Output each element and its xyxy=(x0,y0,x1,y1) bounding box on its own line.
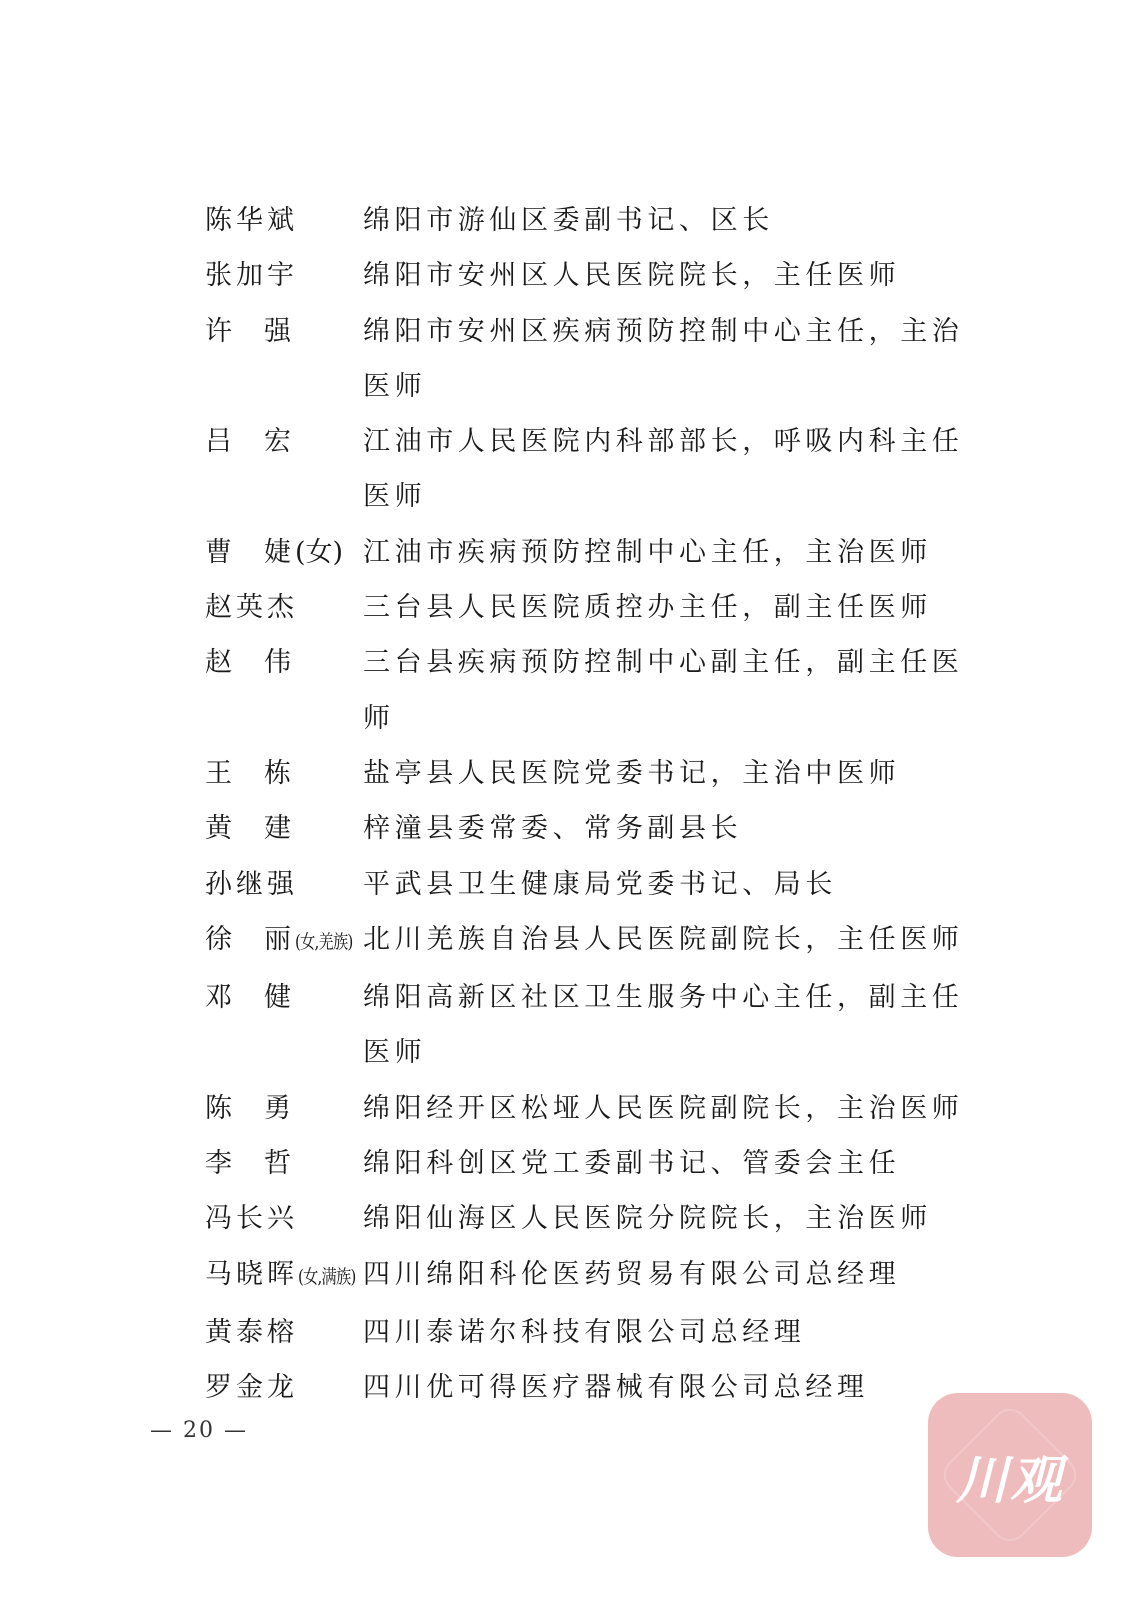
member-role: 盐亭县人民医院党委书记，主治中医师 xyxy=(363,746,975,801)
member-role: 绵阳市安州区疾病预防控制中心主任，主治医师 xyxy=(363,304,975,415)
name-text: 赵英杰 xyxy=(205,592,298,623)
roster-entry: 赵英杰 三台县人民医院质控办主任，副主任医师 xyxy=(205,580,975,635)
name-text: 马晓晖 xyxy=(205,1259,298,1290)
name-text: 许强 xyxy=(205,304,295,359)
roster-entry: 黄泰榕 四川泰诺尔科技有限公司总经理 xyxy=(205,1305,975,1360)
member-role: 绵阳经开区松垭人民医院副院长，主治医师 xyxy=(363,1081,975,1136)
member-name: 黄建 xyxy=(205,801,363,856)
name-text: 邓健 xyxy=(205,970,295,1025)
roster-entry: 赵伟 三台县疾病预防控制中心副主任，副主任医师 xyxy=(205,635,975,746)
member-role: 三台县人民医院质控办主任，副主任医师 xyxy=(363,580,975,635)
roster-entry: 王栋 盐亭县人民医院党委书记，主治中医师 xyxy=(205,746,975,801)
roster-entry: 徐丽(女,羌族) 北川羌族自治县人民医院副院长，主任医师 xyxy=(205,912,975,970)
name-text: 曹婕 xyxy=(205,525,295,580)
name-text: 孙继强 xyxy=(205,869,298,900)
roster-entry: 吕宏 江油市人民医院内科部部长，呼吸内科主任医师 xyxy=(205,414,975,525)
roster-entry: 孙继强 平武县卫生健康局党委书记、局长 xyxy=(205,857,975,912)
name-text: 黄建 xyxy=(205,801,295,856)
member-role: 绵阳科创区党工委副书记、管委会主任 xyxy=(363,1136,975,1191)
member-role: 绵阳市安州区人民医院院长，主任医师 xyxy=(363,248,975,303)
roster-entry: 冯长兴 绵阳仙海区人民医院分院院长，主治医师 xyxy=(205,1191,975,1246)
member-name: 赵伟 xyxy=(205,635,363,690)
roster-entry: 黄建 梓潼县委常委、常务副县长 xyxy=(205,801,975,856)
member-role: 绵阳市游仙区委副书记、区长 xyxy=(363,193,975,248)
name-note: (女,满族) xyxy=(298,1250,356,1305)
roster-entry: 陈华斌 绵阳市游仙区委副书记、区长 xyxy=(205,193,975,248)
member-role: 绵阳仙海区人民医院分院院长，主治医师 xyxy=(363,1191,975,1246)
name-note: (女,羌族) xyxy=(295,915,353,970)
member-name: 马晓晖(女,满族) xyxy=(205,1247,363,1305)
name-text: 吕宏 xyxy=(205,414,295,469)
member-name: 黄泰榕 xyxy=(205,1305,363,1360)
member-role: 江油市人民医院内科部部长，呼吸内科主任医师 xyxy=(363,414,975,525)
name-text: 王栋 xyxy=(205,746,295,801)
member-name: 陈华斌 xyxy=(205,193,363,248)
member-role: 三台县疾病预防控制中心副主任，副主任医师 xyxy=(363,635,975,746)
watermark-text: 川观 xyxy=(956,1438,1064,1513)
name-text: 陈华斌 xyxy=(205,205,298,236)
roster-entry: 邓健 绵阳高新区社区卫生服务中心主任，副主任医师 xyxy=(205,970,975,1081)
name-text: 赵伟 xyxy=(205,635,295,690)
member-name: 曹婕(女) xyxy=(205,525,363,580)
member-roster: 陈华斌 绵阳市游仙区委副书记、区长 张加宇 绵阳市安州区人民医院院长，主任医师 … xyxy=(205,193,975,1416)
member-name: 陈勇 xyxy=(205,1081,363,1136)
member-name: 徐丽(女,羌族) xyxy=(205,912,363,970)
member-role: 四川优可得医疗器械有限公司总经理 xyxy=(363,1360,975,1415)
name-text: 李哲 xyxy=(205,1136,295,1191)
member-name: 王栋 xyxy=(205,746,363,801)
name-text: 黄泰榕 xyxy=(205,1317,298,1348)
roster-entry: 陈勇 绵阳经开区松垭人民医院副院长，主治医师 xyxy=(205,1081,975,1136)
roster-entry: 许强 绵阳市安州区疾病预防控制中心主任，主治医师 xyxy=(205,304,975,415)
name-text: 罗金龙 xyxy=(205,1372,298,1403)
member-name: 张加宇 xyxy=(205,248,363,303)
member-role: 北川羌族自治县人民医院副院长，主任医师 xyxy=(363,912,975,967)
member-name: 吕宏 xyxy=(205,414,363,469)
roster-entry: 曹婕(女) 江油市疾病预防控制中心主任，主治医师 xyxy=(205,525,975,580)
document-page: 陈华斌 绵阳市游仙区委副书记、区长 张加宇 绵阳市安州区人民医院院长，主任医师 … xyxy=(0,0,1124,1600)
roster-entry: 罗金龙 四川优可得医疗器械有限公司总经理 xyxy=(205,1360,975,1415)
member-name: 邓健 xyxy=(205,970,363,1025)
name-text: 张加宇 xyxy=(205,260,298,291)
roster-entry: 马晓晖(女,满族) 四川绵阳科伦医药贸易有限公司总经理 xyxy=(205,1247,975,1305)
chuanguan-watermark-logo: 川观 xyxy=(928,1393,1092,1557)
roster-entry: 李哲 绵阳科创区党工委副书记、管委会主任 xyxy=(205,1136,975,1191)
name-text: 冯长兴 xyxy=(205,1203,298,1234)
member-role: 绵阳高新区社区卫生服务中心主任，副主任医师 xyxy=(363,970,975,1081)
member-name: 孙继强 xyxy=(205,857,363,912)
name-note: (女) xyxy=(295,537,343,568)
member-role: 四川泰诺尔科技有限公司总经理 xyxy=(363,1305,975,1360)
name-text: 徐丽 xyxy=(205,912,295,967)
member-role: 江油市疾病预防控制中心主任，主治医师 xyxy=(363,525,975,580)
member-name: 李哲 xyxy=(205,1136,363,1191)
name-text: 陈勇 xyxy=(205,1081,295,1136)
member-name: 罗金龙 xyxy=(205,1360,363,1415)
member-role: 梓潼县委常委、常务副县长 xyxy=(363,801,975,856)
page-number: — 20 — xyxy=(150,1418,248,1443)
member-role: 四川绵阳科伦医药贸易有限公司总经理 xyxy=(363,1247,975,1302)
roster-entry: 张加宇 绵阳市安州区人民医院院长，主任医师 xyxy=(205,248,975,303)
member-name: 许强 xyxy=(205,304,363,359)
member-name: 赵英杰 xyxy=(205,580,363,635)
member-name: 冯长兴 xyxy=(205,1191,363,1246)
member-role: 平武县卫生健康局党委书记、局长 xyxy=(363,857,975,912)
